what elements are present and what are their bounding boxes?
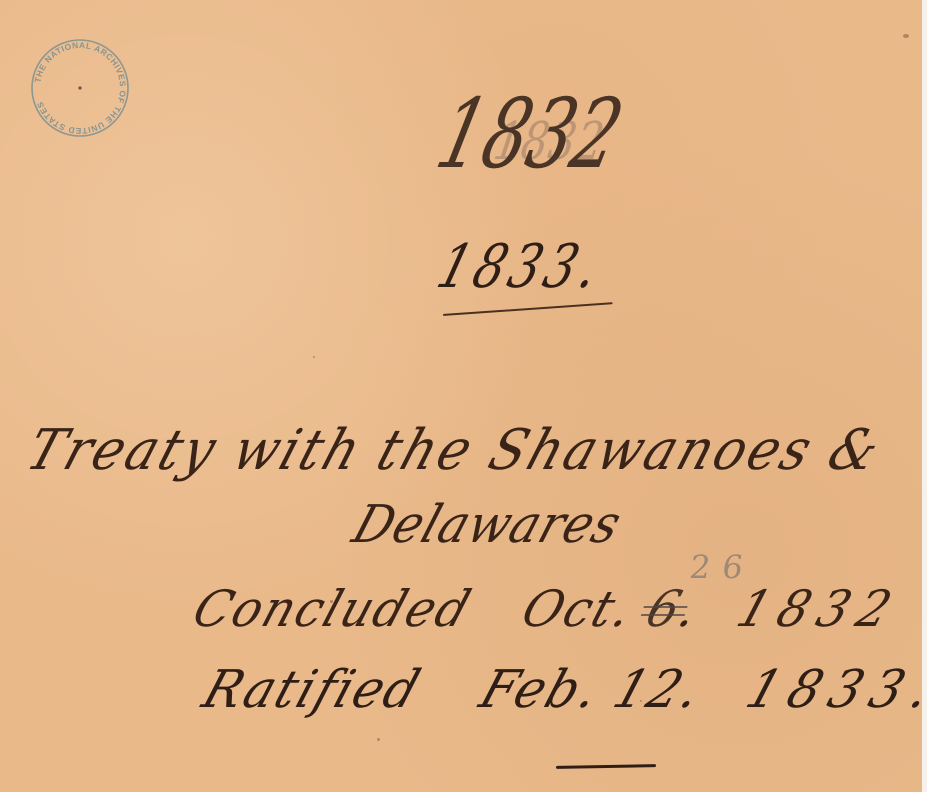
ratified-year: 1833.	[739, 660, 922, 720]
concluded-label: Concluded	[186, 580, 479, 638]
paper-speck	[377, 738, 380, 741]
concluded-month: Oct.	[515, 580, 641, 638]
treaty-title-line-1: Treaty with the Shawanoes &	[19, 418, 890, 483]
paper-speck	[313, 356, 315, 358]
archival-document-page: THE NATIONAL ARCHIVES OF THE UNITED STAT…	[0, 0, 922, 792]
primary-year: 1832	[427, 78, 634, 190]
year-underline	[443, 302, 613, 316]
ratified-label: Ratified	[196, 660, 429, 720]
national-archives-stamp-icon: THE NATIONAL ARCHIVES OF THE UNITED STAT…	[28, 36, 132, 140]
treaty-title-line-2: Delawares	[346, 495, 629, 555]
closing-underline	[556, 764, 656, 769]
ratified-date: Feb. 12.	[473, 660, 710, 720]
ratified-line: Ratified Feb. 12. 1833.	[196, 660, 922, 720]
concluded-year: 1832	[730, 580, 908, 638]
scan-edge	[922, 0, 927, 792]
secondary-year: 1833.	[430, 232, 611, 302]
paper-speck	[903, 34, 909, 38]
concluded-line: Concluded Oct. 6. 1832	[186, 580, 908, 638]
